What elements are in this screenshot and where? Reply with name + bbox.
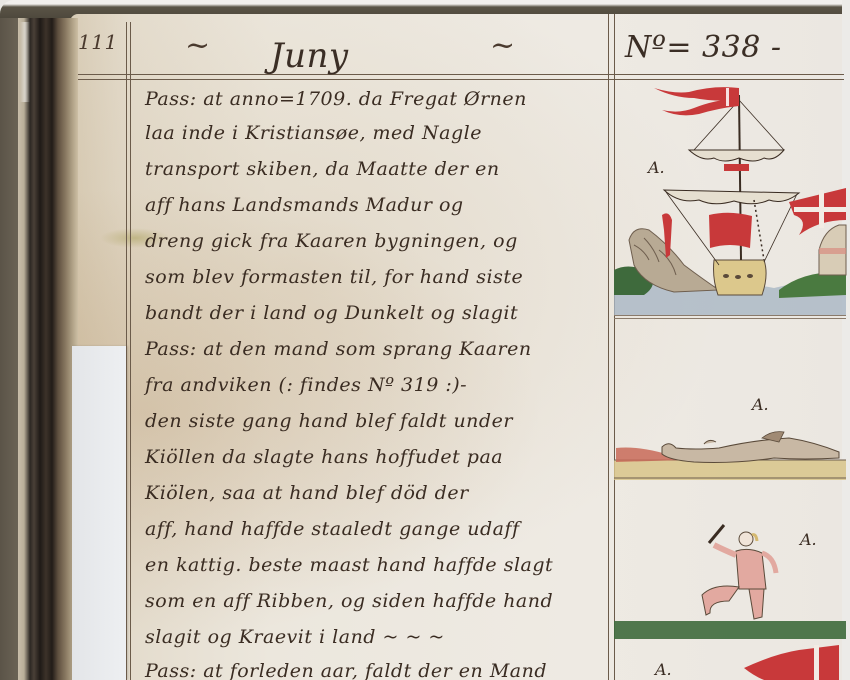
text-line: Pass: at anno=1709. da Fregat Ørnen (145, 88, 527, 110)
illustration-divider-1b (614, 318, 846, 319)
text-line: Pass: at forleden aar, faldt der en Mand (145, 660, 547, 680)
margin-page-number: 111 (78, 30, 118, 54)
entry-number: Nº= 338 - (625, 30, 781, 65)
text-line: Kiöllen da slagte hans hoffudet paa (145, 446, 503, 468)
header-flourish-left: ~ (185, 28, 211, 63)
book-spine-gutter (18, 18, 78, 680)
text-line: som en aff Ribben, og siden haffde hand (145, 590, 553, 612)
text-line: bandt der i land og Dunkelt og slagit (145, 302, 518, 324)
text-line: slagit og Kraevit i land ~ ~ ~ (145, 626, 445, 648)
illustration-label: A. (800, 530, 817, 549)
header-flourish-right: ~ (490, 28, 516, 63)
spine-highlight (20, 22, 30, 102)
illustration-label: A. (648, 158, 665, 177)
text-line: den siste gang hand blef faldt under (145, 410, 513, 432)
text-line: aff, hand haffde staaledt gange udaff (145, 518, 520, 540)
ship-illustration (614, 80, 846, 315)
illustration-label: A. (752, 395, 769, 414)
header-rule (78, 74, 844, 75)
illustration-divider-1 (614, 315, 846, 316)
header-month: Juny (270, 36, 349, 76)
text-line: fra andviken (: findes Nº 319 :)- (145, 374, 467, 396)
text-line: Pass: at den mand som sprang Kaaren (145, 338, 532, 360)
standing-man-illustration (614, 505, 846, 645)
text-line: dreng gick fra Kaaren bygningen, og (145, 230, 518, 252)
manuscript-photo: 111 ~ Juny ~ Nº= 338 - Pass: at anno=170… (0, 0, 850, 680)
text-line: aff hans Landsmands Madur og (145, 194, 464, 216)
text-line: som blev formasten til, for hand siste (145, 266, 523, 288)
text-line: Kiölen, saa at hand blef död der (145, 482, 469, 504)
text-line: laa inde i Kristiansøe, med Nagle (145, 122, 482, 144)
paper-bookmark-slip (72, 346, 127, 680)
column-rule (608, 14, 609, 680)
next-ship-flag-illustration (614, 640, 846, 680)
margin-rule-left (126, 22, 127, 680)
lying-man-illustration (614, 320, 846, 490)
illustration-label: A. (655, 660, 672, 679)
text-line: transport skiben, da Maatte der en (145, 158, 500, 180)
text-line: en kattig. beste maast hand haffde slagt (145, 554, 553, 576)
margin-rule-left-inner (130, 22, 131, 680)
